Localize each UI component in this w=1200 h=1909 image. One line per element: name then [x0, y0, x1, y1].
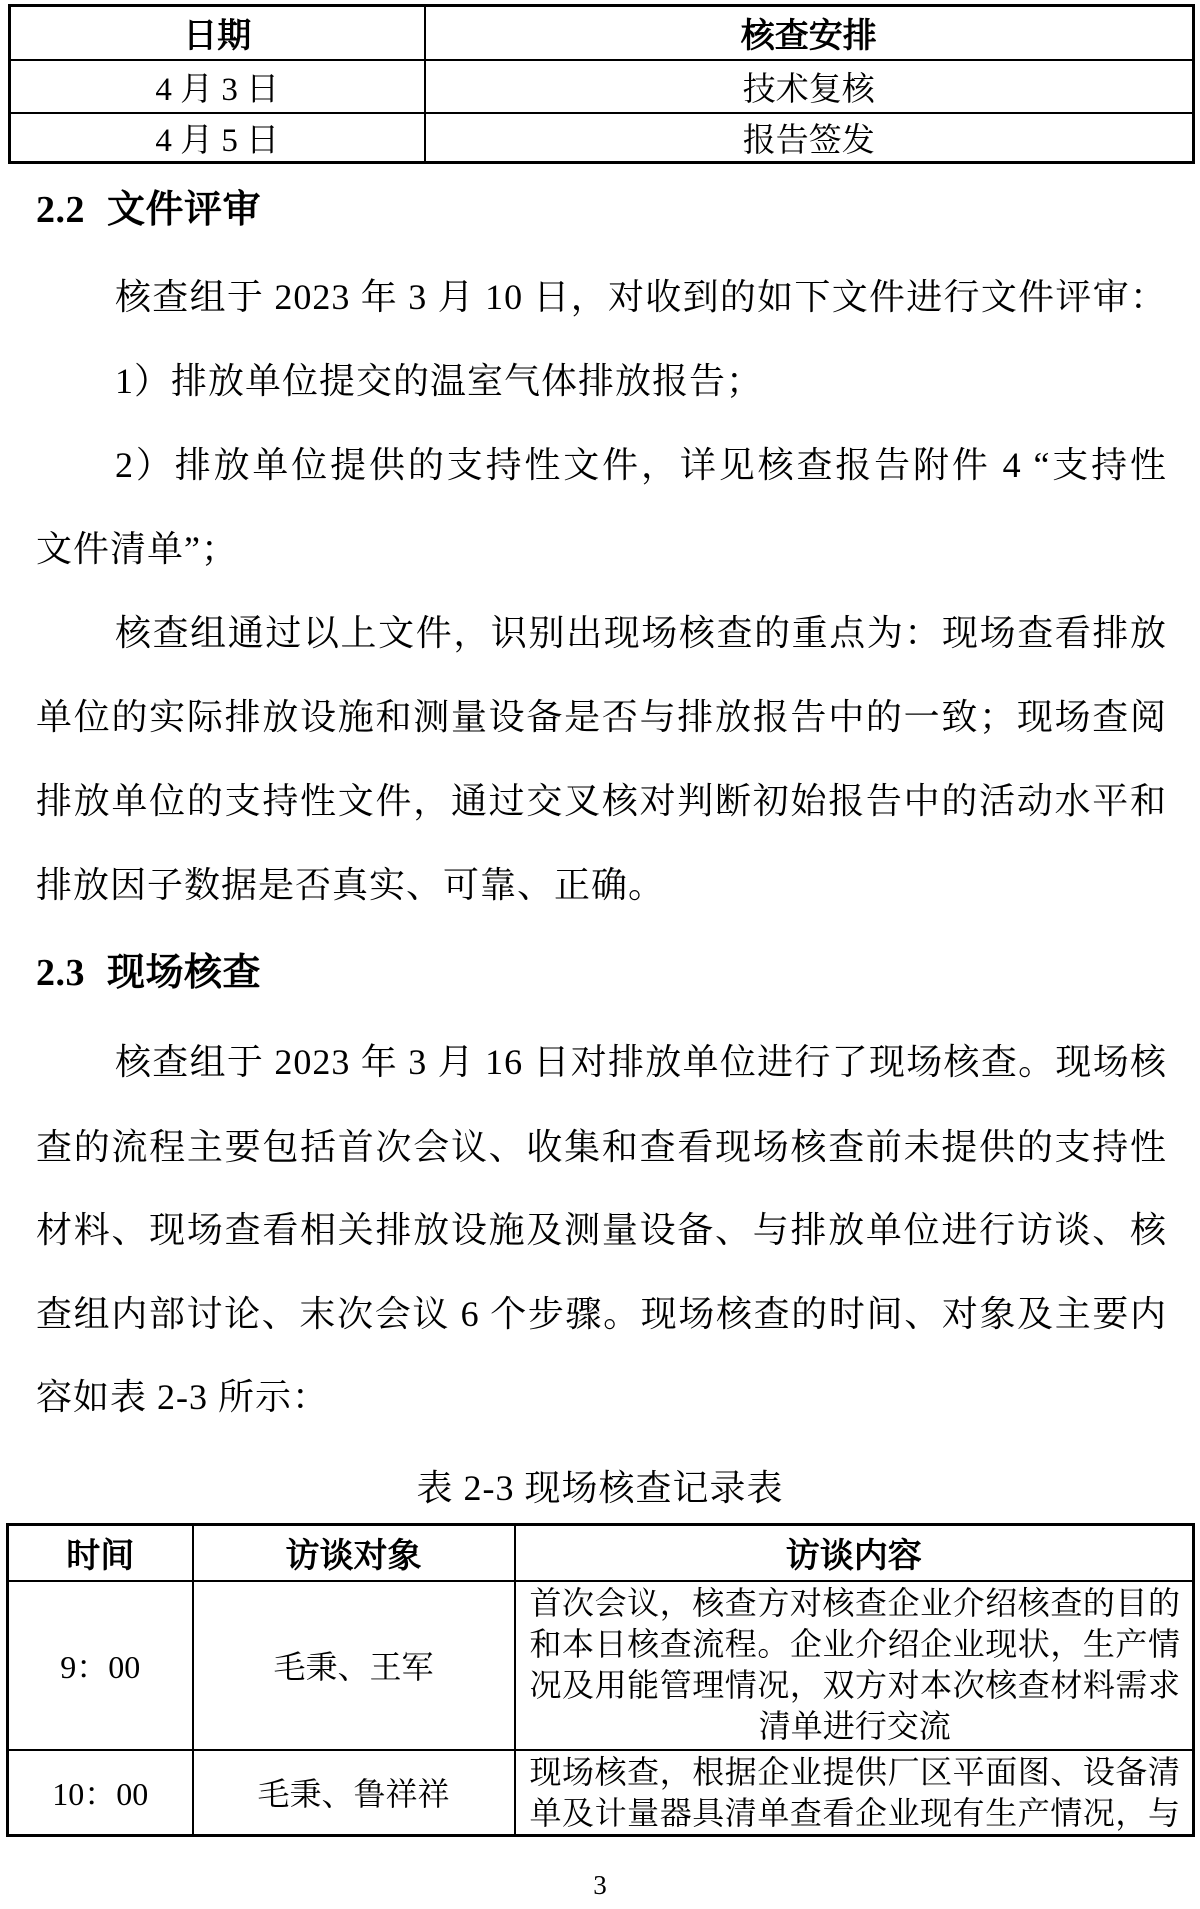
cell-line: 况及用能管理情况，双方对本次核查材料需求: [516, 1665, 1193, 1706]
section-heading-2-3: 2.3现场核查: [36, 950, 261, 996]
table-row: 4 月 3 日 技术复核: [10, 60, 1194, 113]
section-title: 现场核查: [107, 952, 261, 994]
cell-line: 现场核查，根据企业提供厂区平面图、设备清: [516, 1752, 1193, 1793]
table-row: 9：00 毛秉、王军 首次会议，核查方对核查企业介绍核查的目的 和本日核查流程。…: [8, 1581, 1194, 1750]
paragraph-line: 排放单位的支持性文件，通过交叉核对判断初始报告中的活动水平和: [36, 780, 1167, 822]
document-page: 日期 核查安排 4 月 3 日 技术复核 4 月 5 日 报告签发 2.2文件评…: [0, 0, 1200, 1909]
table-header-row: 时间 访谈对象 访谈内容: [8, 1525, 1194, 1581]
cell-line: 和本日核查流程。企业介绍企业现状，生产情: [516, 1624, 1193, 1665]
schedule-activity: 技术复核: [425, 60, 1194, 113]
visit-interviewees: 毛秉、王军: [193, 1581, 515, 1750]
paragraph-line: 核查组通过以上文件，识别出现场核查的重点为：现场查看排放: [36, 612, 1167, 654]
cell-line: 清单进行交流: [516, 1706, 1193, 1747]
table-header-row: 日期 核查安排: [10, 6, 1194, 60]
paragraph-line: 查组内部讨论、末次会议 6 个步骤。现场核查的时间、对象及主要内: [36, 1293, 1167, 1335]
schedule-header-arrangement: 核查安排: [425, 6, 1194, 60]
schedule-table: 日期 核查安排 4 月 3 日 技术复核 4 月 5 日 报告签发: [8, 4, 1195, 164]
paragraph-line: 文件清单”；: [36, 528, 1167, 570]
paragraph-line: 2）排放单位提供的支持性文件，详见核查报告附件 4 “支持性: [36, 444, 1167, 486]
visit-header-content: 访谈内容: [515, 1525, 1194, 1581]
visit-time: 9：00: [8, 1581, 193, 1750]
paragraph-line: 容如表 2-3 所示：: [36, 1376, 1167, 1418]
schedule-date: 4 月 5 日: [10, 113, 425, 163]
section-number: 2.2: [36, 189, 85, 231]
table-caption: 表 2-3 现场核查记录表: [0, 1460, 1200, 1511]
section-title: 文件评审: [107, 189, 261, 231]
page-number: 3: [0, 1870, 1200, 1901]
visit-header-time: 时间: [8, 1525, 193, 1581]
paragraph-line: 单位的实际排放设施和测量设备是否与排放报告中的一致；现场查阅: [36, 696, 1167, 738]
table-row: 4 月 5 日 报告签发: [10, 113, 1194, 163]
schedule-activity: 报告签发: [425, 113, 1194, 163]
paragraph-line: 核查组于 2023 年 3 月 16 日对排放单位进行了现场核查。现场核: [36, 1041, 1167, 1083]
visit-interviewees: 毛秉、鲁祥祥: [193, 1750, 515, 1836]
paragraph-line: 1）排放单位提交的温室气体排放报告；: [36, 360, 1167, 402]
section-heading-2-2: 2.2文件评审: [36, 187, 261, 233]
cell-line: 首次会议，核查方对核查企业介绍核查的目的: [516, 1583, 1193, 1624]
schedule-date: 4 月 3 日: [10, 60, 425, 113]
visit-time: 10：00: [8, 1750, 193, 1836]
schedule-header-date: 日期: [10, 6, 425, 60]
paragraph-line: 材料、现场查看相关排放设施及测量设备、与排放单位进行访谈、核: [36, 1209, 1167, 1251]
visit-content: 首次会议，核查方对核查企业介绍核查的目的 和本日核查流程。企业介绍企业现状，生产…: [515, 1581, 1194, 1750]
paragraph-line: 核查组于 2023 年 3 月 10 日，对收到的如下文件进行文件评审：: [36, 276, 1167, 318]
visit-header-interviewees: 访谈对象: [193, 1525, 515, 1581]
cell-line: 单及计量器具清单查看企业现有生产情况，与: [516, 1793, 1193, 1834]
table-row: 10：00 毛秉、鲁祥祥 现场核查，根据企业提供厂区平面图、设备清 单及计量器具…: [8, 1750, 1194, 1836]
paragraph-line: 排放因子数据是否真实、可靠、正确。: [36, 864, 1167, 906]
visit-content: 现场核查，根据企业提供厂区平面图、设备清 单及计量器具清单查看企业现有生产情况，…: [515, 1750, 1194, 1836]
paragraph-line: 查的流程主要包括首次会议、收集和查看现场核查前未提供的支持性: [36, 1126, 1167, 1168]
site-visit-table: 时间 访谈对象 访谈内容 9：00 毛秉、王军 首次会议，核查方对核查企业介绍核…: [6, 1523, 1195, 1837]
section-number: 2.3: [36, 952, 85, 994]
